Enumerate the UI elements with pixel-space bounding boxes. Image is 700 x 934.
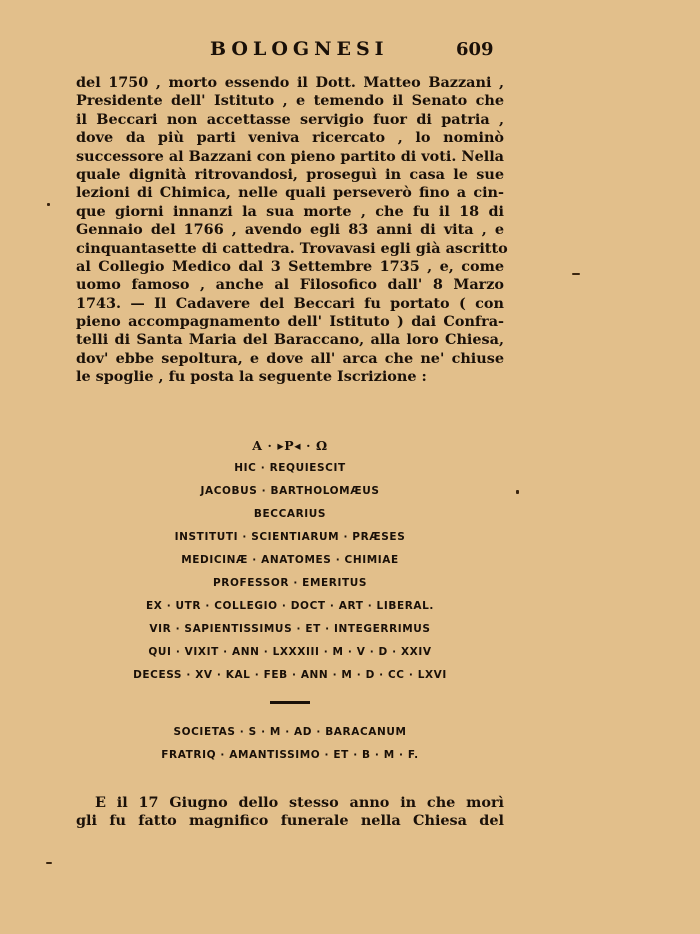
inscription-line: INSTITUTI · SCIENTIARUM · PRÆSES [76,526,504,549]
inscription-line: MEDICINÆ · ANATOMES · CHIMIAE [76,549,504,572]
body-paragraph: del 1750 , morto essendo il Dott. Matteo… [76,74,504,387]
text-line: Gennaio del 1766 , avendo egli 83 anni d… [76,221,504,239]
text-line: le spoglie , fu posta la seguente Iscriz… [76,368,504,386]
text-line: Presidente dell' Istituto , e temendo il… [76,92,504,110]
text-line: cinquantasette di cattedra. Trovavasi eg… [76,240,504,258]
dedication-line: SOCIETAS · S · M · AD · BARACANUM [76,721,504,744]
text-line: uomo famoso , anche al Filosofico dall' … [76,276,504,294]
inscription-line: JACOBUS · BARTHOLOMÆUS [76,480,504,503]
closing-paragraph: E il 17 Giugno dello stesso anno in che … [76,793,504,830]
text-line: al Collegio Medico dal 3 Settembre 1735 … [76,258,504,276]
text-line: pieno accompagnamento dell' Istituto ) d… [76,313,504,331]
inscription-line: DECESS · XV · KAL · FEB · ANN · M · D · … [76,664,504,687]
paper-speck [516,490,519,494]
text-line: gli fu fatto magnifico funerale nella Ch… [76,811,504,829]
text-line: del 1750 , morto essendo il Dott. Matteo… [76,74,504,92]
text-line: 1743. — Il Cadavere del Beccari fu porta… [76,295,504,313]
text-line: quale dignità ritrovandosi, proseguì in … [76,166,504,184]
text-line: telli di Santa Maria del Baraccano, alla… [76,331,504,349]
divider-rule [270,701,310,704]
paper-speck [47,203,50,206]
page-header: BOLOGNESI 609 [0,38,700,68]
running-title: BOLOGNESI [210,38,389,60]
text-line: lezioni di Chimica, nelle quali persever… [76,184,504,202]
text-line: il Beccari non accettasse servigio fuor … [76,111,504,129]
text-line: dov' ebbe sepoltura, e dove all' arca ch… [76,350,504,368]
paper-speck [46,862,52,864]
page-number: 609 [456,39,494,60]
inscription-line: VIR · SAPIENTISSIMUS · ET · INTEGERRIMUS [76,618,504,641]
paper-speck [572,273,580,275]
inscription-line: QUI · VIXIT · ANN · LXXXIII · M · V · D … [76,641,504,664]
inscription-line: HIC · REQUIESCIT [76,457,504,480]
alpha-chi-rho-omega-symbol: A · ▸P◂ · Ω [76,434,504,457]
inscription-line: PROFESSOR · EMERITUS [76,572,504,595]
epitaph-inscription: A · ▸P◂ · Ω HIC · REQUIESCIT JACOBUS · B… [76,434,504,767]
inscription-line: BECCARIUS [76,503,504,526]
text-line: E il 17 Giugno dello stesso anno in che … [76,793,504,811]
text-line: dove da più parti veniva ricercato , lo … [76,129,504,147]
dedication-line: FRATRIQ · AMANTISSIMO · ET · B · M · F. [76,744,504,767]
text-line: que giorni innanzi la sua morte , che fu… [76,203,504,221]
text-line: successore al Bazzani con pieno partito … [76,148,504,166]
inscription-line: EX · UTR · COLLEGIO · DOCT · ART · LIBER… [76,595,504,618]
